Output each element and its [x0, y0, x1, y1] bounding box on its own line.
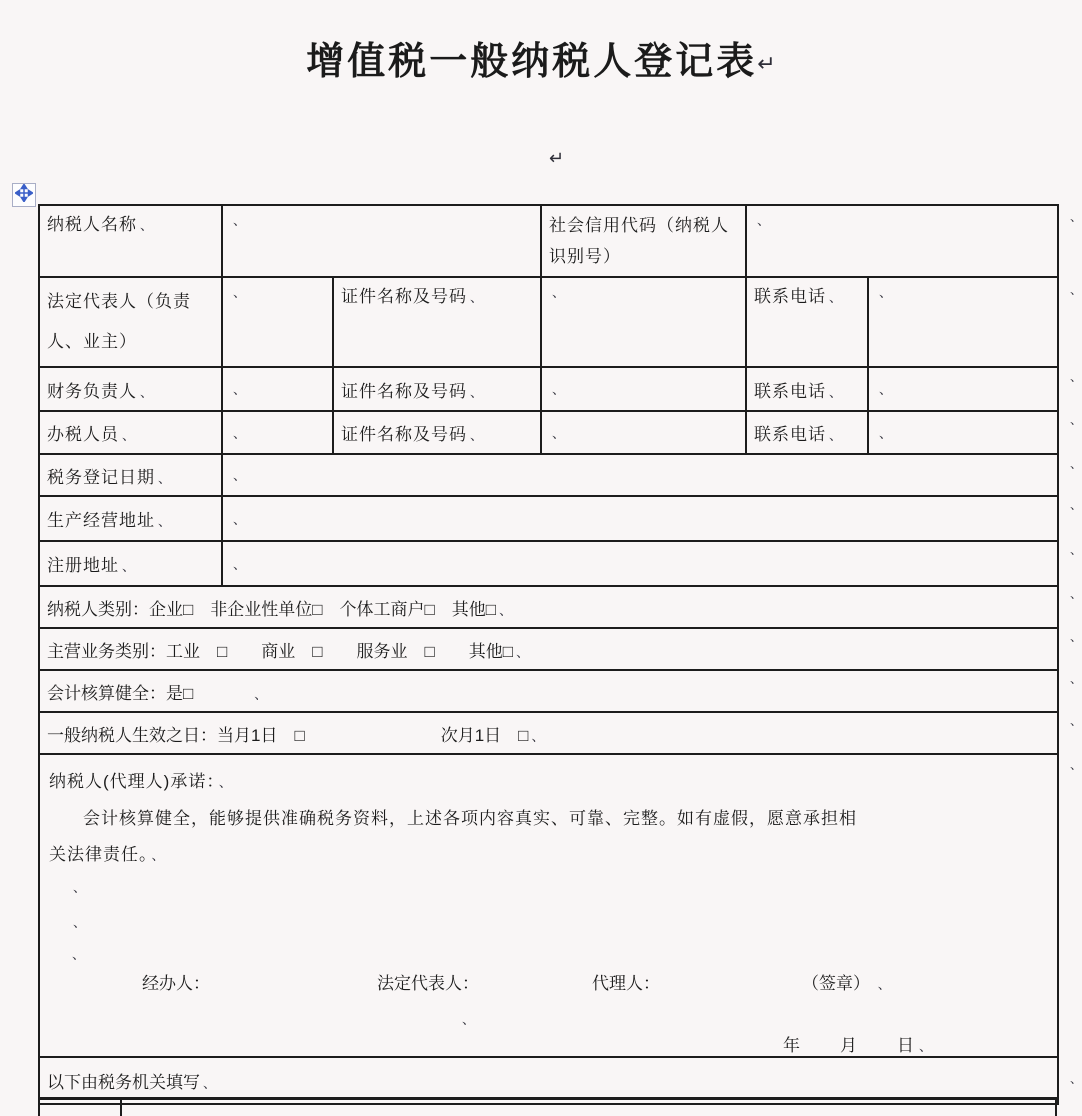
- cell-end-mark: 、: [513, 645, 529, 660]
- page-title: 增值税一般纳税人登记表↵: [0, 30, 1082, 85]
- row-end-mark: 、: [1070, 712, 1082, 729]
- move-icon: [15, 184, 33, 207]
- cell-end-mark: 、: [216, 775, 233, 790]
- cell-end-mark: 、: [916, 1039, 934, 1054]
- tax-officer-phone-input-cell[interactable]: 、: [868, 411, 1058, 454]
- cell-end-mark: 、: [149, 848, 166, 863]
- cell-end-mark: 、: [200, 1076, 216, 1091]
- paragraph-mark: ↵: [549, 148, 564, 169]
- column-divider: [120, 1100, 122, 1116]
- registration-table: 纳税人名称、 、 社会信用代码（纳税人识别号） 、 法定代表人（负责人、业主） …: [38, 204, 1059, 1105]
- legal-rep-cert-label: 证件名称及号码、: [333, 277, 541, 367]
- cell-end-mark: 、: [137, 218, 154, 233]
- row-end-mark: 、: [1070, 585, 1082, 602]
- sign-seal-label: （签章） 、: [802, 969, 891, 994]
- cell-end-mark: 、: [230, 426, 246, 441]
- row-end-mark: 、: [1070, 496, 1082, 513]
- sign-legal-rep-label: 法定代表人：: [377, 969, 479, 994]
- cell-end-mark: 、: [251, 687, 267, 702]
- cell-end-mark: 、: [230, 468, 246, 483]
- row-end-mark: 、: [1070, 411, 1082, 428]
- paragraph-mark: ↵: [757, 51, 775, 76]
- registration-date-input-cell[interactable]: 、: [222, 454, 1058, 496]
- table-move-handle[interactable]: [12, 183, 36, 207]
- table-row: 法定代表人（负责人、业主） 、 证件名称及号码、 、 联系电话、 、: [39, 277, 1058, 367]
- sign-operator-label: 经办人：: [142, 969, 210, 994]
- legal-rep-phone-label: 联系电话、: [746, 277, 868, 367]
- cell-end-mark: 、: [155, 514, 172, 529]
- cell-end-mark: 、: [467, 385, 484, 400]
- table-row: 会计核算健全：是□、: [39, 670, 1058, 712]
- cell-end-mark: 、: [826, 385, 843, 400]
- registered-address-label: 注册地址、: [39, 541, 222, 586]
- cell-end-mark: 、: [137, 385, 154, 400]
- official-section-partial-row: [38, 1097, 1057, 1116]
- cell-end-mark: 、: [467, 428, 484, 443]
- cell-end-mark: 、: [459, 1009, 475, 1028]
- table-row: 税务登记日期、 、: [39, 454, 1058, 496]
- tax-officer-label: 办税人员、: [39, 411, 222, 454]
- cell-end-mark: 、: [496, 603, 512, 618]
- business-address-label: 生产经营地址、: [39, 496, 222, 541]
- tax-officer-cert-label: 证件名称及号码、: [333, 411, 541, 454]
- accounting-sound-checkbox-row[interactable]: 会计核算健全：是□、: [39, 670, 1058, 712]
- taxpayer-name-label: 纳税人名称、: [39, 205, 222, 277]
- commitment-cell: 纳税人(代理人)承诺：、 会计核算健全，能够提供准确税务资料，上述各项内容真实、…: [39, 754, 1058, 1057]
- tax-officer-input-cell[interactable]: 、: [222, 411, 333, 454]
- legal-rep-label: 法定代表人（负责人、业主）: [39, 277, 222, 367]
- cell-end-mark: 、: [230, 213, 246, 228]
- cell-end-mark: 、: [230, 557, 246, 572]
- cell-end-mark: 、: [549, 426, 565, 441]
- table-row: 一般纳税人生效之日：当月1日 □ 次月1日 □、: [39, 712, 1058, 754]
- finance-officer-phone-label: 联系电话、: [746, 367, 868, 411]
- cell-end-mark: 、: [876, 426, 892, 441]
- taxpayer-name-input-cell[interactable]: 、: [222, 205, 541, 277]
- business-address-input-cell[interactable]: 、: [222, 496, 1058, 541]
- cell-end-mark: 、: [528, 729, 544, 744]
- row-end-mark: 、: [1070, 208, 1082, 225]
- finance-officer-cert-label: 证件名称及号码、: [333, 367, 541, 411]
- commitment-heading: 纳税人(代理人)承诺：、: [49, 767, 233, 792]
- cell-end-mark: 、: [70, 912, 86, 931]
- commitment-body: 会计核算健全，能够提供准确税务资料，上述各项内容真实、可靠、完整。如有虚假，愿意…: [49, 801, 869, 874]
- table-row: 纳税人(代理人)承诺：、 会计核算健全，能够提供准确税务资料，上述各项内容真实、…: [39, 754, 1058, 1057]
- document-page: 增值税一般纳税人登记表↵ ↵ 纳税人名称、 、 社会信: [0, 0, 1082, 1116]
- cell-end-mark: 、: [826, 428, 843, 443]
- legal-rep-input-cell[interactable]: 、: [222, 277, 333, 367]
- cell-end-mark: 、: [754, 213, 770, 228]
- cell-end-mark: 、: [549, 382, 565, 397]
- cell-end-mark: 、: [876, 285, 892, 300]
- main-business-type-checkbox-row[interactable]: 主营业务类别：工业 □ 商业 □ 服务业 □ 其他□、: [39, 628, 1058, 670]
- table-row: 纳税人名称、 、 社会信用代码（纳税人识别号） 、: [39, 205, 1058, 277]
- cell-end-mark: 、: [119, 428, 136, 443]
- row-end-mark: 、: [1070, 756, 1082, 773]
- table-row: 主营业务类别：工业 □ 商业 □ 服务业 □ 其他□、: [39, 628, 1058, 670]
- row-end-mark: 、: [1070, 628, 1082, 645]
- tax-officer-phone-label: 联系电话、: [746, 411, 868, 454]
- table-row: 财务负责人、 、 证件名称及号码、 、 联系电话、 、: [39, 367, 1058, 411]
- cell-end-mark: 、: [69, 944, 85, 963]
- page-title-text: 增值税一般纳税人登记表: [306, 41, 757, 83]
- cell-end-mark: 、: [119, 559, 136, 574]
- row-end-mark: 、: [1070, 368, 1082, 385]
- row-end-mark: 、: [1070, 455, 1082, 472]
- legal-rep-cert-input-cell[interactable]: 、: [541, 277, 746, 367]
- cell-end-mark: 、: [826, 290, 843, 305]
- cell-end-mark: 、: [467, 290, 484, 305]
- finance-officer-phone-input-cell[interactable]: 、: [868, 367, 1058, 411]
- cell-end-mark: 、: [230, 512, 246, 527]
- row-end-mark: 、: [1070, 670, 1082, 687]
- cell-end-mark: 、: [549, 285, 565, 300]
- tax-officer-cert-input-cell[interactable]: 、: [541, 411, 746, 454]
- credit-code-label: 社会信用代码（纳税人识别号）: [541, 205, 746, 277]
- registration-date-label: 税务登记日期、: [39, 454, 222, 496]
- row-end-mark: 、: [1070, 1070, 1082, 1087]
- row-end-mark: 、: [1070, 541, 1082, 558]
- table-row: 生产经营地址、 、: [39, 496, 1058, 541]
- credit-code-input-cell[interactable]: 、: [746, 205, 1058, 277]
- table-row: 注册地址、 、: [39, 541, 1058, 586]
- sign-agent-label: 代理人：: [592, 969, 660, 994]
- table-row: 纳税人类别：企业□ 非企业性单位□ 个体工商户□ 其他□、: [39, 586, 1058, 628]
- cell-end-mark: 、: [70, 877, 86, 896]
- legal-rep-phone-input-cell[interactable]: 、: [868, 277, 1058, 367]
- table-row: 办税人员、 、 证件名称及号码、 、 联系电话、 、: [39, 411, 1058, 454]
- cell-end-mark: 、: [230, 382, 246, 397]
- cell-end-mark: 、: [876, 382, 892, 397]
- finance-officer-label: 财务负责人、: [39, 367, 222, 411]
- taxpayer-type-checkbox-row[interactable]: 纳税人类别：企业□ 非企业性单位□ 个体工商户□ 其他□、: [39, 586, 1058, 628]
- finance-officer-input-cell[interactable]: 、: [222, 367, 333, 411]
- registered-address-input-cell[interactable]: 、: [222, 541, 1058, 586]
- finance-officer-cert-input-cell[interactable]: 、: [541, 367, 746, 411]
- effective-date-checkbox-row[interactable]: 一般纳税人生效之日：当月1日 □ 次月1日 □、: [39, 712, 1058, 754]
- date-line: 年 月 日、: [783, 1031, 934, 1056]
- cell-end-mark: 、: [875, 977, 891, 992]
- cell-end-mark: 、: [155, 471, 172, 486]
- cell-end-mark: 、: [230, 285, 246, 300]
- row-end-mark: 、: [1070, 281, 1082, 298]
